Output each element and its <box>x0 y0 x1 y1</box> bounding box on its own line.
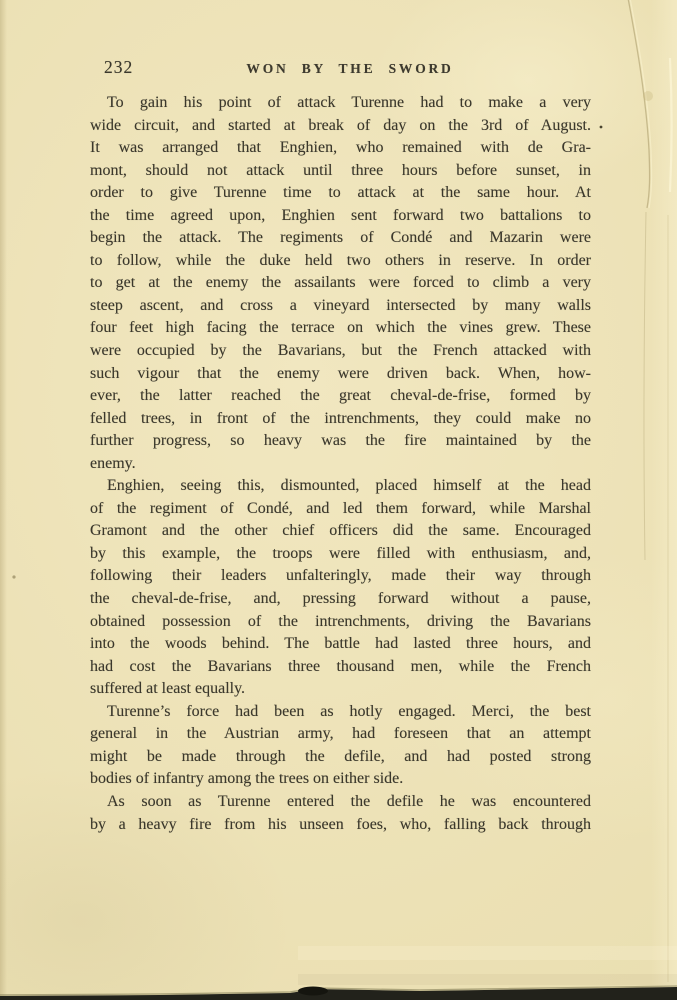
text-line: into the woods behind. The battle had la… <box>90 633 591 656</box>
text-line: wide circuit, and started at break of da… <box>90 115 591 138</box>
text-line: the cheval-de-frise, and, pressing forwa… <box>90 588 591 611</box>
text-line: Gramont and the other chief officers did… <box>90 520 591 543</box>
scan-bottom-edge-shadow <box>0 986 677 995</box>
text-line: mont, should not attack until three hour… <box>90 160 591 183</box>
text-line: steep ascent, and cross a vineyard inter… <box>90 295 591 318</box>
paper-smudge <box>643 91 653 101</box>
text-line: obtained possession of the intrenchments… <box>90 611 591 634</box>
text-line: suffered at least equally. <box>90 678 591 701</box>
text-line: To gain his point of attack Turenne had … <box>90 92 591 115</box>
page-right-edge-highlight <box>651 0 677 1000</box>
underpage-edge-line <box>644 212 646 560</box>
text-line: Enghien, seeing this, dismounted, placed… <box>90 475 591 498</box>
text-line: might be made through the defile, and ha… <box>90 746 591 769</box>
text-line: further progress, so heavy was the fire … <box>90 430 591 453</box>
text-line: were occupied by the Bavarians, but the … <box>90 340 591 363</box>
text-line: order to give Turenne time to attack at … <box>90 182 591 205</box>
text-line: As soon as Turenne entered the defile he… <box>90 791 591 814</box>
text-line: the time agreed upon, Enghien sent forwa… <box>90 205 591 228</box>
text-line: enemy. <box>90 453 591 476</box>
text-line: felled trees, in front of the intrenchme… <box>90 408 591 431</box>
text-line: to follow, while the duke held two other… <box>90 250 591 273</box>
scan-bottom-blob <box>298 987 328 996</box>
book-page-scan: 232 WON BY THE SWORD To gain his point o… <box>0 0 677 1000</box>
text-line: general in the Austrian army, had forese… <box>90 723 591 746</box>
text-line: such vigour that the enemy were driven b… <box>90 363 591 386</box>
ink-speck <box>600 126 603 129</box>
text-line: by this example, the troops were filled … <box>90 543 591 566</box>
page-number: 232 <box>104 57 133 78</box>
running-title: WON BY THE SWORD <box>246 61 453 77</box>
text-line: had cost the Bavarians three thousand me… <box>90 656 591 679</box>
text-line: It was arranged that Enghien, who remain… <box>90 137 591 160</box>
page-body: To gain his point of attack Turenne had … <box>90 92 591 836</box>
text-line: following their leaders unfalteringly, m… <box>90 565 591 588</box>
page-left-edge-shadow <box>0 0 7 1000</box>
text-line: bodies of infantry among the trees on ei… <box>90 768 591 791</box>
text-line: Turenne’s force had been as hotly engage… <box>90 701 591 724</box>
text-line: of the regiment of Condé, and led them f… <box>90 498 591 521</box>
paper-speck <box>12 575 15 578</box>
text-line: begin the attack. The regiments of Condé… <box>90 227 591 250</box>
text-line: ever, the latter reached the great cheva… <box>90 385 591 408</box>
page-header: 232 WON BY THE SWORD <box>0 0 677 90</box>
text-line: four feet high facing the terrace on whi… <box>90 317 591 340</box>
paper-tone-band <box>298 974 677 985</box>
paper-tone-band <box>298 946 677 960</box>
scan-bottom-edge <box>0 987 677 1000</box>
text-line: by a heavy fire from his unseen foes, wh… <box>90 814 591 837</box>
text-line: to get at the enemy the assailants were … <box>90 272 591 295</box>
